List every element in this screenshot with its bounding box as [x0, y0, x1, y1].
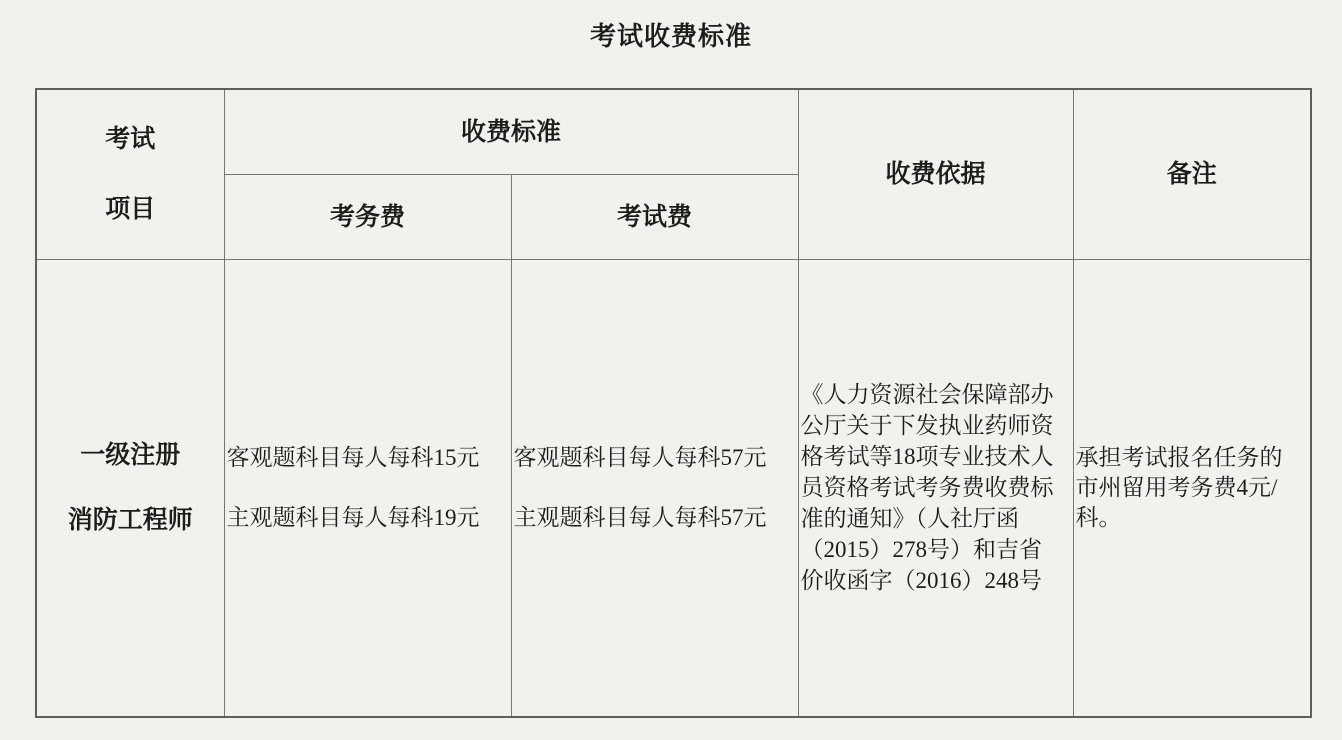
page-title: 考试收费标准 — [0, 16, 1342, 53]
exam-item-line1: 一级注册 — [80, 440, 180, 470]
fee-basis-text: 《人力资源社会保障部办 公厅关于下发执业药师资 格考试等18项专业技术人 员资格… — [799, 379, 1073, 596]
header-fee-basis: 收费依据 — [798, 89, 1073, 259]
header-remarks-label: 备注 — [1074, 159, 1311, 189]
header-exam-fee: 考试费 — [511, 174, 798, 259]
page: 考试收费标准 考试 项目 收费标准 收费依据 — [0, 0, 1342, 740]
cell-exam-item: 一级注册 消防工程师 — [36, 259, 224, 717]
exam-item-line2: 消防工程师 — [68, 505, 193, 535]
cell-fee-basis: 《人力资源社会保障部办 公厅关于下发执业药师资 格考试等18项专业技术人 员资格… — [798, 259, 1073, 717]
exam-fee-subjective: 主观题科目每人每科57元 — [514, 504, 798, 532]
header-exam-item-line2: 项目 — [105, 194, 155, 224]
header-fee-basis-label: 收费依据 — [799, 159, 1073, 189]
header-fee-standard-label: 收费标准 — [225, 117, 798, 147]
exam-affairs-fee-subjective: 主观题科目每人每科19元 — [227, 504, 511, 532]
exam-affairs-fee-objective: 客观题科目每人每科15元 — [227, 444, 511, 472]
header-exam-item: 考试 项目 — [36, 89, 224, 259]
cell-exam-affairs-fee: 客观题科目每人每科15元 主观题科目每人每科19元 — [224, 259, 511, 717]
cell-remarks: 承担考试报名任务的 市州留用考务费4元/ 科。 — [1073, 259, 1311, 717]
cell-exam-fee: 客观题科目每人每科57元 主观题科目每人每科57元 — [511, 259, 798, 717]
header-exam-item-line1: 考试 — [105, 124, 155, 154]
table-header-row-1: 考试 项目 收费标准 收费依据 备注 — [36, 89, 1311, 174]
remarks-text: 承担考试报名任务的 市州留用考务费4元/ 科。 — [1074, 443, 1311, 533]
fee-table: 考试 项目 收费标准 收费依据 备注 考务费 — [35, 88, 1312, 718]
header-fee-standard: 收费标准 — [224, 89, 798, 174]
header-exam-affairs-fee: 考务费 — [224, 174, 511, 259]
table-data-row: 一级注册 消防工程师 客观题科目每人每科15元 主观题科目每人每科19元 客观题… — [36, 259, 1311, 717]
header-exam-affairs-fee-label: 考务费 — [225, 202, 511, 232]
exam-fee-objective: 客观题科目每人每科57元 — [514, 444, 798, 472]
header-remarks: 备注 — [1073, 89, 1311, 259]
header-exam-fee-label: 考试费 — [512, 202, 798, 232]
